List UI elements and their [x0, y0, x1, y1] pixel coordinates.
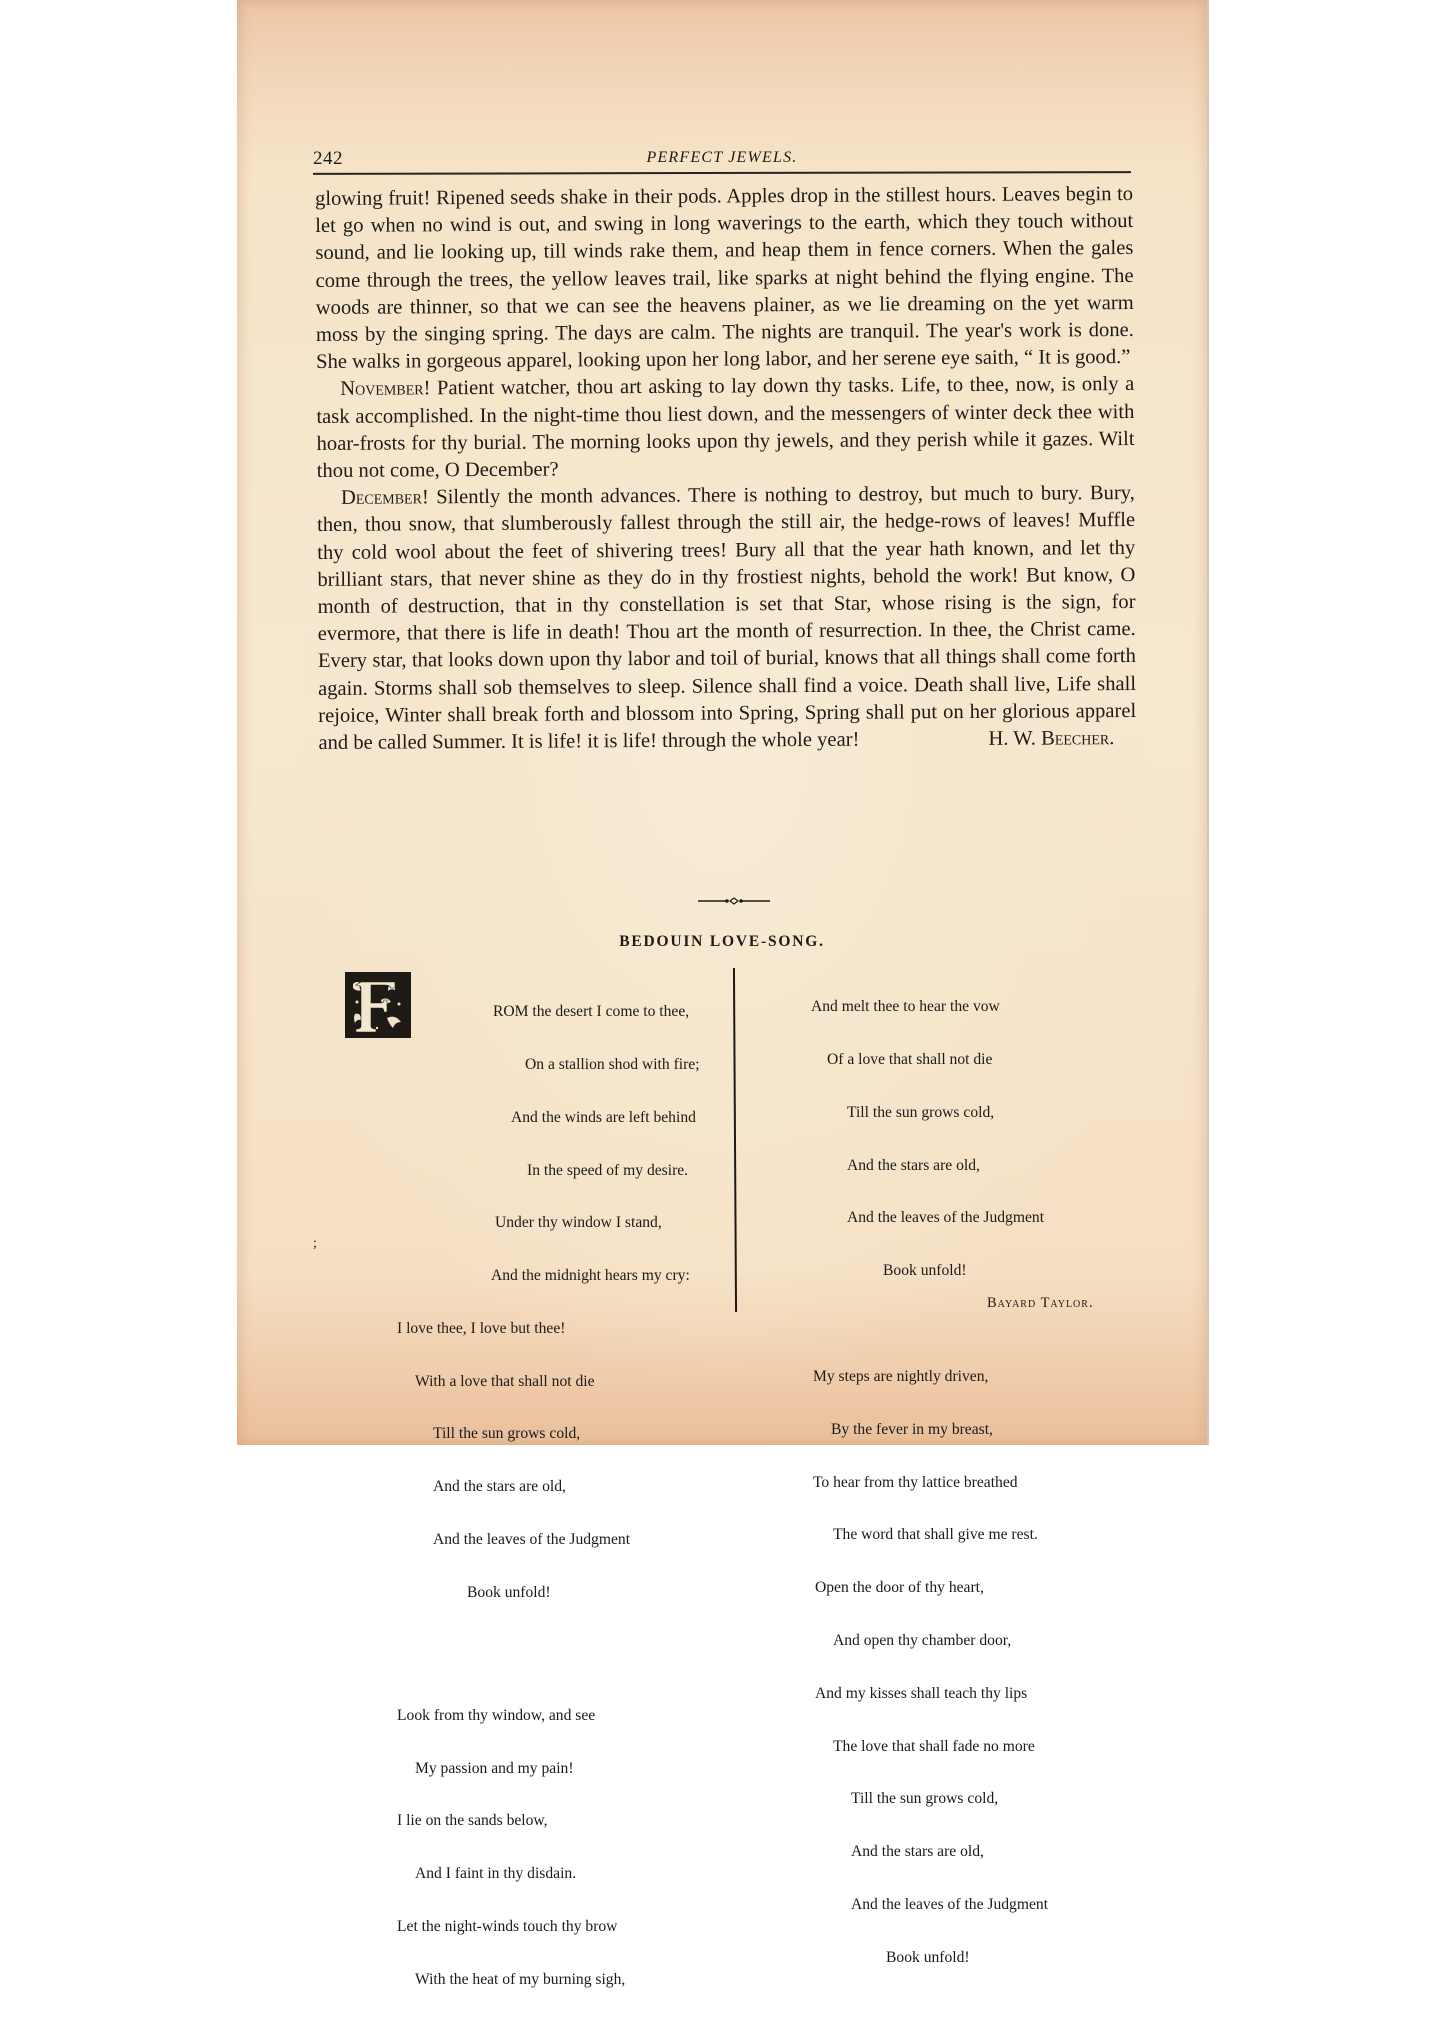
ornament-divider-icon: [698, 895, 770, 907]
poem-line: And the winds are left behind: [397, 1109, 700, 1127]
poem-line: My steps are nightly driven,: [811, 1368, 1048, 1386]
poem-line: By the fever in my breast,: [811, 1421, 1048, 1439]
page-header: 242 PERFECT JEWELS.: [313, 146, 1131, 174]
poem-line: Book unfold!: [811, 1262, 1048, 1280]
poem-line: And the midnight hears my cry:: [397, 1267, 700, 1285]
poem-author-signature: Bayard Taylor.: [987, 1295, 1094, 1312]
paragraph-autumn: glowing fruit! Ripened seeds shake in th…: [315, 181, 1134, 376]
poem-line: I love thee, I love but thee!: [397, 1320, 700, 1338]
poem-line: With a love that shall not die: [397, 1373, 700, 1391]
poem-column-left: ROM the desert I come to thee, On a stal…: [397, 968, 700, 1445]
paragraph-text: glowing fruit! Ripened seeds shake in th…: [315, 183, 1134, 373]
poem-line: And the stars are old,: [811, 1157, 1048, 1175]
book-page: 242 PERFECT JEWELS. glowing fruit! Ripen…: [237, 0, 1207, 1445]
column-divider: [733, 968, 737, 1312]
month-lead-december: December: [341, 487, 422, 509]
month-lead-november: November: [340, 378, 423, 401]
margin-mark: ;: [313, 1236, 317, 1252]
poem-line: ROM the desert I come to thee,: [397, 1003, 700, 1021]
poem-line: Till the sun grows cold,: [811, 1104, 1048, 1122]
paragraph-november: November! Patient watcher, thou art aski…: [316, 371, 1135, 485]
poem-title: BEDOUIN LOVE-SONG.: [237, 933, 1207, 951]
running-title: PERFECT JEWELS.: [313, 149, 1131, 167]
poem-column-right: And melt thee to hear the vow Of a love …: [811, 963, 1048, 1445]
stanza-gap: [811, 1315, 1048, 1333]
poem-line: In the speed of my desire.: [397, 1162, 700, 1180]
poem-line: Under thy window I stand,: [397, 1214, 700, 1232]
poem-line: On a stallion shod with fire;: [397, 1056, 700, 1074]
essay-author-signature: H. W. Beecher.: [964, 725, 1114, 753]
paragraph-text: ! Patient watcher, thou art asking to la…: [316, 373, 1134, 482]
paragraph-text: ! Silently the month advances. There is …: [317, 482, 1136, 754]
paragraph-december: December! Silently the month advances. T…: [317, 480, 1137, 757]
page-edge: [1207, 0, 1209, 1445]
header-rule: [313, 171, 1131, 175]
poem-line: Of a love that shall not die: [811, 1051, 1048, 1069]
poem-line: And the leaves of the Judgment: [811, 1209, 1048, 1227]
poem-line: And melt thee to hear the vow: [811, 998, 1048, 1016]
poem-line: Till the sun grows cold,: [397, 1425, 700, 1443]
essay-body: glowing fruit! Ripened seeds shake in th…: [315, 181, 1136, 757]
